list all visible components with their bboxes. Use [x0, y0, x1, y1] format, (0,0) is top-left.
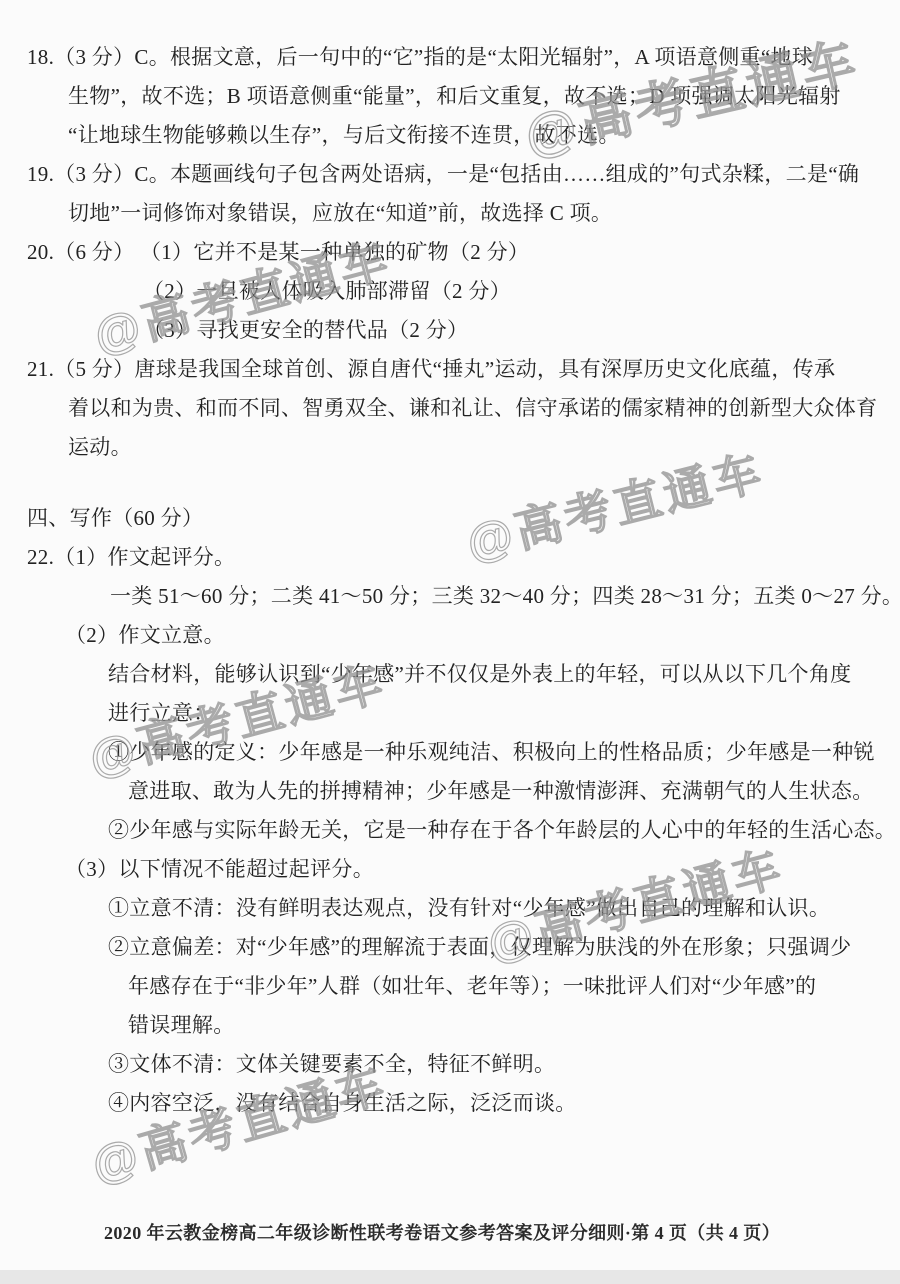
- answer-line-21-1: 21.（5 分）唐球是我国全球首创、源自唐代“捶丸”运动，具有深厚历史文化底蕴，…: [0, 350, 900, 389]
- answer-line-22-grades: 一类 51～60 分；二类 41～50 分；三类 32～40 分；四类 28～3…: [0, 577, 900, 616]
- answer-line-18-3: “让地球生物能够赖以生存”，与后文衔接不连贯，故不选。: [0, 116, 900, 155]
- answer-line-22-point1-2: 意进取、敢为人先的拼搏精神；少年感是一种激情澎湃、充满朝气的人生状态。: [0, 772, 900, 811]
- answer-line-20-3: （3）寻找更安全的替代品（2 分）: [0, 311, 900, 350]
- answer-line-21-3: 运动。: [0, 428, 900, 467]
- answer-line-22-rule2-3: 错误理解。: [0, 1006, 900, 1045]
- answer-line-22-point1-1: ①少年感的定义：少年感是一种乐观纯洁、积极向上的性格品质；少年感是一种锐: [0, 733, 900, 772]
- answer-line-20-1: 20.（6 分） （1）它并不是某一种单独的矿物（2 分）: [0, 233, 900, 272]
- answer-line-22-2: （2）作文立意。: [0, 616, 900, 655]
- answer-line-22-rule4: ④内容空泛，没有结合自身生活之际，泛泛而谈。: [0, 1084, 900, 1123]
- answer-line-20-2: （2）一旦被人体吸入肺部滞留（2 分）: [0, 272, 900, 311]
- answer-line-18-2: 生物”，故不选；B 项语意侧重“能量”，和后文重复，故不选；D 项强调太阳光辐射: [0, 77, 900, 116]
- page-footer: 2020 年云教金榜高二年级诊断性联考卷语文参考答案及评分细则·第 4 页（共 …: [0, 1222, 900, 1244]
- answer-line-21-2: 着以和为贵、和而不同、智勇双全、谦和礼让、信守承诺的儒家精神的创新型大众体育: [0, 389, 900, 428]
- answer-line-22-material-1: 结合材料，能够认识到“少年感”并不仅仅是外表上的年轻，可以从以下几个角度: [0, 655, 900, 694]
- answer-line-19-1: 19.（3 分）C。本题画线句子包含两处语病，一是“包括由……组成的”句式杂糅，…: [0, 155, 900, 194]
- answer-line-19-2: 切地”一词修饰对象错误，应放在“知道”前，故选择 C 项。: [0, 194, 900, 233]
- answer-line-22-point2: ②少年感与实际年龄无关，它是一种存在于各个年龄层的人心中的年轻的生活心态。: [0, 811, 900, 850]
- answer-line-22-rule1: ①立意不清：没有鲜明表达观点，没有针对“少年感”做出自己的理解和认识。: [0, 889, 900, 928]
- answer-line-22-rule3: ③文体不清：文体关键要素不全，特征不鲜明。: [0, 1045, 900, 1084]
- answer-line-22-rule2-2: 年感存在于“非少年”人群（如壮年、老年等）；一味批评人们对“少年感”的: [0, 967, 900, 1006]
- answer-line-18-1: 18.（3 分）C。根据文意，后一句中的“它”指的是“太阳光辐射”，A 项语意侧…: [0, 38, 900, 77]
- section-heading-writing: 四、写作（60 分）: [0, 499, 900, 538]
- answer-sheet-page: 18.（3 分）C。根据文意，后一句中的“它”指的是“太阳光辐射”，A 项语意侧…: [0, 0, 900, 1284]
- answer-line-22-3: （3）以下情况不能超过起评分。: [0, 850, 900, 889]
- answer-line-22-rule2-1: ②立意偏差：对“少年感”的理解流于表面，仅理解为肤浅的外在形象；只强调少: [0, 928, 900, 967]
- answer-line-22-material-2: 进行立意：: [0, 694, 900, 733]
- answer-line-22-1: 22.（1）作文起评分。: [0, 538, 900, 577]
